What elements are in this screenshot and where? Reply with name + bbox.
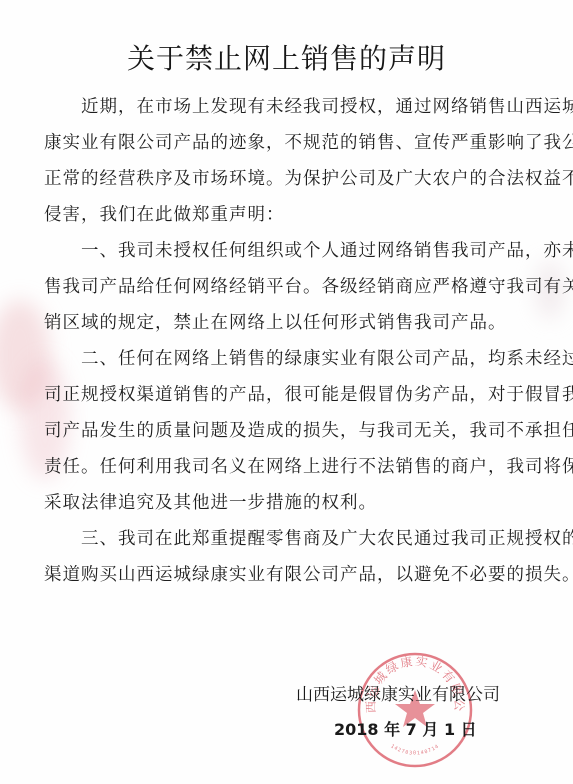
document-page: 关于禁止网上销售的声明 近期，在市场上发现有未经我司授权，通过网络销售山西运城绿… <box>0 0 573 784</box>
svg-text:1427030140714: 1427030140714 <box>389 743 440 756</box>
statement-body: 近期，在市场上发现有未经我司授权，通过网络销售山西运城绿 康实业有限公司产品的迹… <box>44 89 534 593</box>
paragraph-line: 侵害，我们在此做郑重声明： <box>44 197 534 233</box>
signature-date: 2018 年 7 月 1 日 <box>334 717 477 740</box>
paragraph-line: 三、我司在此郑重提醒零售商及广大农民通过我司正规授权的 <box>44 521 534 557</box>
paragraph-line: 司正规授权渠道销售的产品，很可能是假冒伪劣产品，对于假冒我公 <box>44 377 534 413</box>
paragraph-line: 近期，在市场上发现有未经我司授权，通过网络销售山西运城绿 <box>44 89 534 125</box>
paragraph-line: 康实业有限公司产品的迹象，不规范的销售、宣传严重影响了我公司 <box>44 125 534 161</box>
paragraph-line: 正常的经营秩序及市场环境。为保护公司及广大农户的合法权益不受 <box>44 161 534 197</box>
company-name: 山西运城绿康实业有限公司 <box>296 680 500 705</box>
paragraph-line: 采取法律追究及其他进一步措施的权利。 <box>44 485 534 521</box>
paragraph-line: 责任。任何利用我司名义在网络上进行不法销售的商户，我司将保留 <box>44 449 534 485</box>
paragraph-line: 销区域的规定，禁止在网络上以任何形式销售我司产品。 <box>44 305 534 341</box>
paragraph-line: 司产品发生的质量问题及造成的损失，与我司无关，我司不承担任何 <box>44 413 534 449</box>
company-seal-icon: 山西运城绿康实业有限公司 1427030140714 <box>355 650 475 770</box>
page-title: 关于禁止网上销售的声明 <box>0 37 573 77</box>
paragraph-line: 售我司产品给任何网络经销平台。各级经销商应严格遵守我司有关经 <box>44 269 534 305</box>
seal-code-text: 1427030140714 <box>389 743 440 756</box>
paragraph-line: 二、任何在网络上销售的绿康实业有限公司产品，均系未经过我 <box>44 341 534 377</box>
paragraph-line: 渠道购买山西运城绿康实业有限公司产品，以避免不必要的损失。 <box>44 557 534 593</box>
paragraph-line: 一、我司未授权任何组织或个人通过网络销售我司产品，亦未销 <box>44 233 534 269</box>
